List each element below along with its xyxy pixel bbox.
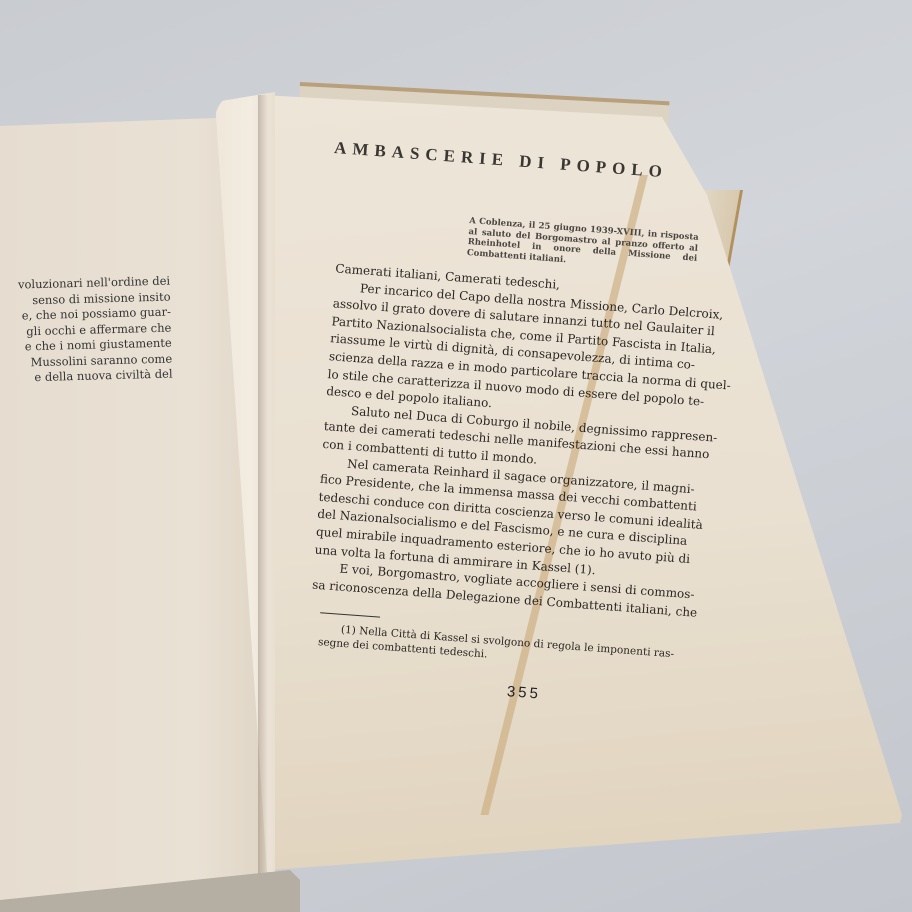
spine-shadow	[258, 95, 268, 875]
footnote-rule	[320, 612, 380, 617]
left-line: e della nuova civiltà del	[2, 367, 172, 387]
left-page-text: voluzionari nell'ordine dei senso di mis…	[0, 274, 173, 387]
epigraph: A Coblenza, il 25 giugno 1939-XVIII, in …	[467, 216, 699, 275]
right-page-content: AMBASCERIE DI POPOLO A Coblenza, il 25 g…	[295, 138, 754, 716]
body-text: Camerati italiani, Camerati tedeschi, Pe…	[312, 260, 740, 623]
photo-scene: voluzionari nell'ordine dei senso di mis…	[0, 0, 912, 912]
footnote: (1) Nella Città di Kassel si svolgono di…	[318, 621, 719, 678]
